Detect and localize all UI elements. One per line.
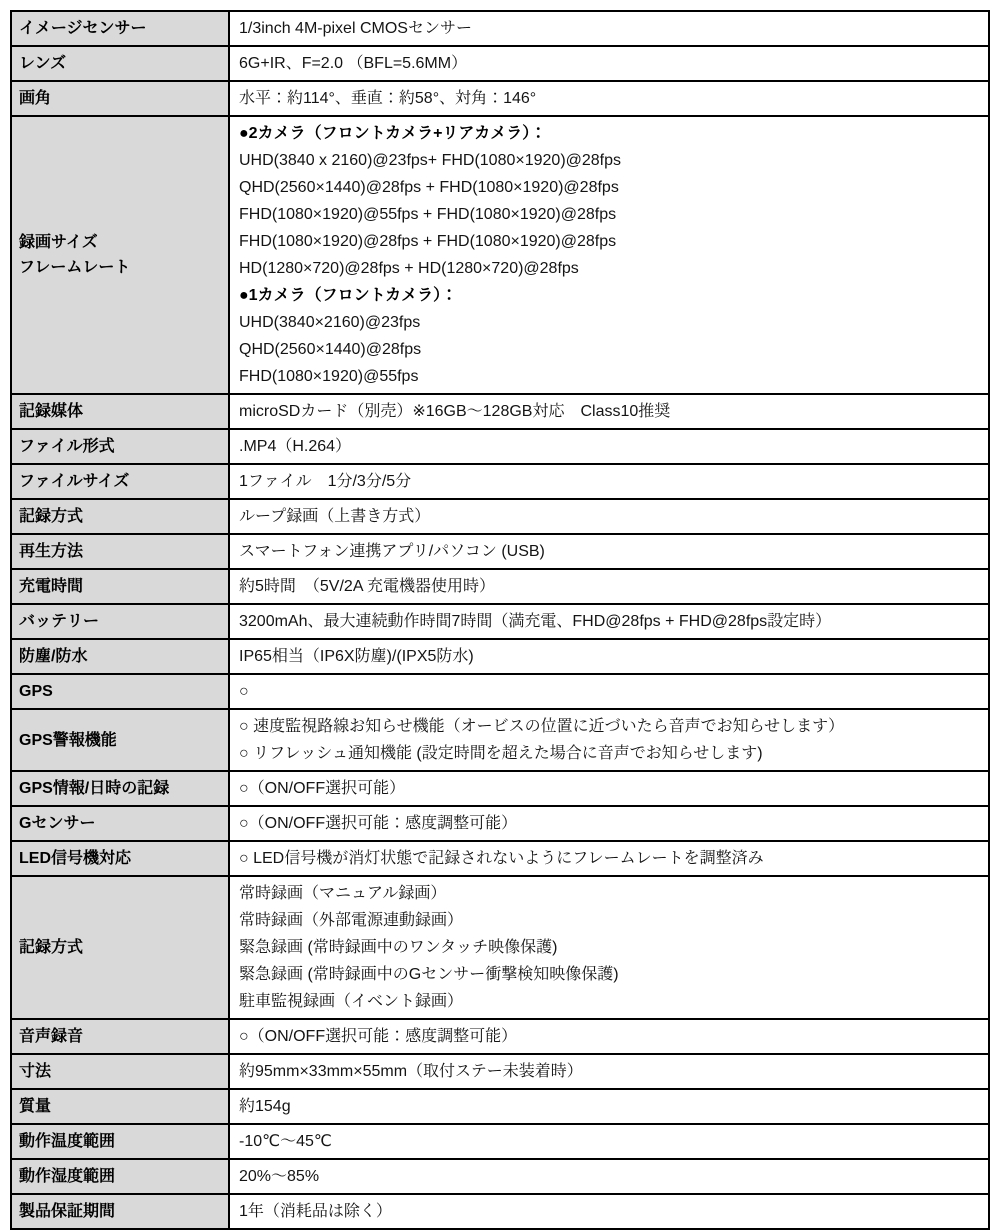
- spec-value: ○: [229, 674, 989, 709]
- table-row: ファイルサイズ1ファイル 1分/3分/5分: [11, 464, 989, 499]
- spec-label: 画角: [11, 81, 229, 116]
- table-row: GPS警報機能○ 速度監視路線お知らせ機能（オービスの位置に近づいたら音声でお知…: [11, 709, 989, 771]
- table-row: 動作湿度範囲20%～85%: [11, 1159, 989, 1194]
- spec-value-line: 1ファイル 1分/3分/5分: [239, 468, 980, 495]
- spec-label: ファイルサイズ: [11, 464, 229, 499]
- table-row: イメージセンサー1/3inch 4M-pixel CMOSセンサー: [11, 11, 989, 46]
- spec-value-line: ●2カメラ（フロントカメラ+リアカメラ）：: [239, 120, 980, 147]
- table-row: 音声録音○（ON/OFF選択可能：感度調整可能）: [11, 1019, 989, 1054]
- table-row: 録画サイズフレームレート●2カメラ（フロントカメラ+リアカメラ）：UHD(384…: [11, 116, 989, 394]
- spec-value-line: ○ リフレッシュ通知機能 (設定時間を超えた場合に音声でお知らせします): [239, 740, 980, 767]
- spec-label: 防塵/防水: [11, 639, 229, 674]
- spec-label: 充電時間: [11, 569, 229, 604]
- table-row: 質量約154g: [11, 1089, 989, 1124]
- spec-value-line: 20%～85%: [239, 1163, 980, 1190]
- spec-label: 記録媒体: [11, 394, 229, 429]
- spec-value-line: ループ録画（上書き方式）: [239, 503, 980, 530]
- table-row: Gセンサー○（ON/OFF選択可能：感度調整可能）: [11, 806, 989, 841]
- spec-value-line: microSDカード（別売）※16GB～128GB対応 Class10推奨: [239, 398, 980, 425]
- spec-label: 動作温度範囲: [11, 1124, 229, 1159]
- spec-value: IP65相当（IP6X防塵)/(IPX5防水): [229, 639, 989, 674]
- spec-value: 6G+IR、F=2.0 （BFL=5.6MM）: [229, 46, 989, 81]
- spec-value: 常時録画（マニュアル録画）常時録画（外部電源連動録画）緊急録画 (常時録画中のワ…: [229, 876, 989, 1019]
- spec-label: バッテリー: [11, 604, 229, 639]
- spec-value: 水平：約114°、垂直：約58°、対角：146°: [229, 81, 989, 116]
- table-row: 画角水平：約114°、垂直：約58°、対角：146°: [11, 81, 989, 116]
- spec-value: 約5時間 （5V/2A 充電機器使用時）: [229, 569, 989, 604]
- spec-value-line: QHD(2560×1440)@28fps + FHD(1080×1920)@28…: [239, 174, 980, 201]
- product-spec-table: イメージセンサー1/3inch 4M-pixel CMOSセンサーレンズ6G+I…: [10, 10, 990, 1230]
- spec-value-line: ○: [239, 678, 980, 705]
- spec-value: ○（ON/OFF選択可能）: [229, 771, 989, 806]
- spec-sheet-page: イメージセンサー1/3inch 4M-pixel CMOSセンサーレンズ6G+I…: [0, 0, 1000, 1183]
- spec-value: ○ 速度監視路線お知らせ機能（オービスの位置に近づいたら音声でお知らせします）○…: [229, 709, 989, 771]
- spec-label: 再生方法: [11, 534, 229, 569]
- spec-value: 3200mAh、最大連続動作時間7時間（満充電、FHD@28fps + FHD@…: [229, 604, 989, 639]
- spec-label: 製品保証期間: [11, 1194, 229, 1229]
- spec-value-line: .MP4（H.264）: [239, 433, 980, 460]
- spec-value: スマートフォン連携アプリ/パソコン (USB): [229, 534, 989, 569]
- spec-label: 寸法: [11, 1054, 229, 1089]
- spec-label: GPS情報/日時の記録: [11, 771, 229, 806]
- spec-value: ○ LED信号機が消灯状態で記録されないようにフレームレートを調整済み: [229, 841, 989, 876]
- spec-value: ○（ON/OFF選択可能：感度調整可能）: [229, 806, 989, 841]
- spec-value-line: FHD(1080×1920)@55fps: [239, 363, 980, 390]
- table-row: LED信号機対応○ LED信号機が消灯状態で記録されないようにフレームレートを調…: [11, 841, 989, 876]
- spec-value: microSDカード（別売）※16GB～128GB対応 Class10推奨: [229, 394, 989, 429]
- spec-label: Gセンサー: [11, 806, 229, 841]
- spec-value: 1年（消耗品は除く）: [229, 1194, 989, 1229]
- spec-value-line: 常時録画（マニュアル録画）: [239, 880, 980, 907]
- table-row: GPS○: [11, 674, 989, 709]
- spec-value-line: 約5時間 （5V/2A 充電機器使用時）: [239, 573, 980, 600]
- spec-label: 記録方式: [11, 876, 229, 1019]
- spec-label: ファイル形式: [11, 429, 229, 464]
- table-row: 再生方法スマートフォン連携アプリ/パソコン (USB): [11, 534, 989, 569]
- spec-label: 動作湿度範囲: [11, 1159, 229, 1194]
- spec-value-line: 6G+IR、F=2.0 （BFL=5.6MM）: [239, 50, 980, 77]
- spec-value: 約154g: [229, 1089, 989, 1124]
- spec-label: イメージセンサー: [11, 11, 229, 46]
- spec-value-line: ○（ON/OFF選択可能：感度調整可能）: [239, 1023, 980, 1050]
- spec-label: LED信号機対応: [11, 841, 229, 876]
- spec-value: ○（ON/OFF選択可能：感度調整可能）: [229, 1019, 989, 1054]
- spec-value-line: 3200mAh、最大連続動作時間7時間（満充電、FHD@28fps + FHD@…: [239, 608, 980, 635]
- spec-value-line: ○（ON/OFF選択可能）: [239, 775, 980, 802]
- spec-value: 1ファイル 1分/3分/5分: [229, 464, 989, 499]
- spec-label: GPS警報機能: [11, 709, 229, 771]
- table-row: ファイル形式.MP4（H.264）: [11, 429, 989, 464]
- spec-value-line: -10℃～45℃: [239, 1128, 980, 1155]
- spec-value-line: 水平：約114°、垂直：約58°、対角：146°: [239, 85, 980, 112]
- spec-value-line: UHD(3840 x 2160)@23fps+ FHD(1080×1920)@2…: [239, 147, 980, 174]
- spec-value-line: FHD(1080×1920)@28fps + FHD(1080×1920)@28…: [239, 228, 980, 255]
- spec-label: 録画サイズフレームレート: [11, 116, 229, 394]
- spec-value: ループ録画（上書き方式）: [229, 499, 989, 534]
- spec-value-line: IP65相当（IP6X防塵)/(IPX5防水): [239, 643, 980, 670]
- spec-value-line: 常時録画（外部電源連動録画）: [239, 907, 980, 934]
- spec-value-line: スマートフォン連携アプリ/パソコン (USB): [239, 538, 980, 565]
- spec-label: GPS: [11, 674, 229, 709]
- table-row: 充電時間約5時間 （5V/2A 充電機器使用時）: [11, 569, 989, 604]
- spec-value-line: 約95mm×33mm×55mm（取付ステー未装着時）: [239, 1058, 980, 1085]
- spec-label: 記録方式: [11, 499, 229, 534]
- spec-value-line: QHD(2560×1440)@28fps: [239, 336, 980, 363]
- spec-value-line: 緊急録画 (常時録画中のワンタッチ映像保護): [239, 934, 980, 961]
- table-row: 記録媒体microSDカード（別売）※16GB～128GB対応 Class10推…: [11, 394, 989, 429]
- table-row: 動作温度範囲-10℃～45℃: [11, 1124, 989, 1159]
- spec-value-line: 駐車監視録画（イベント録画）: [239, 988, 980, 1015]
- table-row: 製品保証期間1年（消耗品は除く）: [11, 1194, 989, 1229]
- spec-value-line: FHD(1080×1920)@55fps + FHD(1080×1920)@28…: [239, 201, 980, 228]
- spec-value-line: HD(1280×720)@28fps + HD(1280×720)@28fps: [239, 255, 980, 282]
- spec-value: 約95mm×33mm×55mm（取付ステー未装着時）: [229, 1054, 989, 1089]
- table-row: GPS情報/日時の記録○（ON/OFF選択可能）: [11, 771, 989, 806]
- spec-table-body: イメージセンサー1/3inch 4M-pixel CMOSセンサーレンズ6G+I…: [11, 11, 989, 1229]
- spec-value-line: 1/3inch 4M-pixel CMOSセンサー: [239, 15, 980, 42]
- table-row: 記録方式ループ録画（上書き方式）: [11, 499, 989, 534]
- spec-value-line: ●1カメラ（フロントカメラ）：: [239, 282, 980, 309]
- table-row: レンズ6G+IR、F=2.0 （BFL=5.6MM）: [11, 46, 989, 81]
- spec-value: -10℃～45℃: [229, 1124, 989, 1159]
- table-row: バッテリー3200mAh、最大連続動作時間7時間（満充電、FHD@28fps +…: [11, 604, 989, 639]
- spec-value: ●2カメラ（フロントカメラ+リアカメラ）：UHD(3840 x 2160)@23…: [229, 116, 989, 394]
- spec-value: 1/3inch 4M-pixel CMOSセンサー: [229, 11, 989, 46]
- table-row: 寸法約95mm×33mm×55mm（取付ステー未装着時）: [11, 1054, 989, 1089]
- spec-value-line: ○ 速度監視路線お知らせ機能（オービスの位置に近づいたら音声でお知らせします）: [239, 713, 980, 740]
- spec-value-line: ○ LED信号機が消灯状態で記録されないようにフレームレートを調整済み: [239, 845, 980, 872]
- spec-value-line: 約154g: [239, 1093, 980, 1120]
- spec-value-line: 緊急録画 (常時録画中のGセンサー衝撃検知映像保護): [239, 961, 980, 988]
- spec-value-line: 1年（消耗品は除く）: [239, 1198, 980, 1225]
- spec-value-line: UHD(3840×2160)@23fps: [239, 309, 980, 336]
- spec-label: 質量: [11, 1089, 229, 1124]
- spec-label: 音声録音: [11, 1019, 229, 1054]
- spec-value: .MP4（H.264）: [229, 429, 989, 464]
- spec-value-line: ○（ON/OFF選択可能：感度調整可能）: [239, 810, 980, 837]
- table-row: 記録方式常時録画（マニュアル録画）常時録画（外部電源連動録画）緊急録画 (常時録…: [11, 876, 989, 1019]
- spec-value: 20%～85%: [229, 1159, 989, 1194]
- table-row: 防塵/防水IP65相当（IP6X防塵)/(IPX5防水): [11, 639, 989, 674]
- spec-label: レンズ: [11, 46, 229, 81]
